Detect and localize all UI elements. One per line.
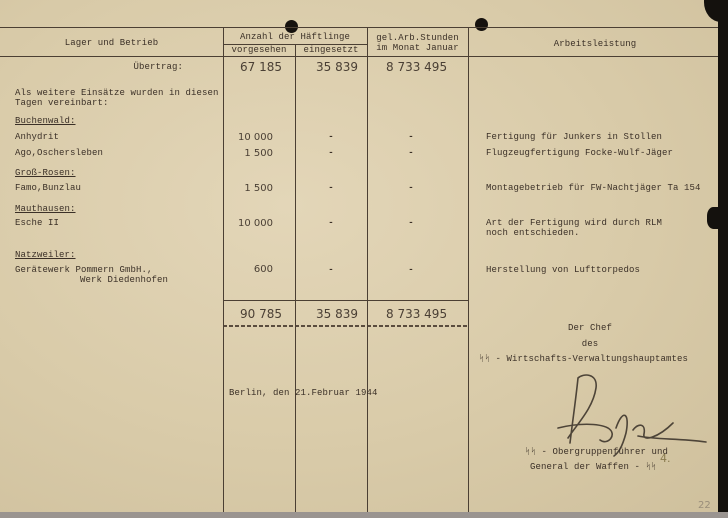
arbeitsleistung-text-cont: noch entschieden. [486,228,580,239]
stunden-value: - [367,132,455,143]
carryover-vorgesehen: 67 185 [240,61,282,73]
torn-notch [707,207,723,229]
eingesetzt-value: - [295,148,367,159]
header-stunden-line2: im Monat Januar [367,43,468,54]
totals-top-border [223,300,468,301]
page-number-mark: 22 [698,500,711,512]
arbeitsleistung-text: Montagebetrieb für FW-Nachtjäger Ta 154 [486,183,701,194]
eingesetzt-value: - [295,265,367,276]
eingesetzt-value: - [295,183,367,194]
table-top-border [0,27,722,28]
camp-heading: Natzweiler: [15,250,76,261]
col-divider-2 [295,44,296,512]
bottom-edge [0,512,728,518]
carryover-stunden: 8 733 495 [386,61,447,73]
vorgesehen-value: 1 500 [230,183,273,195]
camp-heading: Groß-Rosen: [15,168,76,179]
camp-heading: Mauthausen: [15,204,76,215]
header-lager-betrieb: Lager und Betrieb [0,38,223,49]
stunden-value: - [367,265,455,276]
vorgesehen-value: 600 [230,264,273,276]
intro-line-2: Tagen vereinbart: [15,98,109,109]
carryover-label: Übertrag: [0,62,183,73]
right-edge-shadow [718,0,728,518]
stunden-value: - [367,148,455,159]
punch-hole-right [475,18,488,31]
signature-rank-line2: General der Waffen - ᛋᛋ [530,462,657,473]
total-eingesetzt: 35 839 [316,308,358,320]
header-vorgesehen: vorgesehen [223,45,295,56]
arbeitsleistung-text: Flugzeugfertigung Focke-Wulf-Jäger [486,148,673,159]
total-stunden: 8 733 495 [386,308,447,320]
stunden-value: - [367,218,455,229]
handwritten-mark: 4. [660,453,671,465]
vorgesehen-value: 1 500 [230,148,273,160]
carryover-eingesetzt: 35 839 [316,61,358,73]
vorgesehen-value: 10 000 [230,218,273,230]
place-date: Berlin, den 21.Februar 1944 [229,388,378,399]
total-vorgesehen: 90 785 [240,308,282,320]
signature-title-line3: ᛋᛋ - Wirtschafts-Verwaltungshauptamtes [479,354,688,365]
betrieb-name: Anhydrit [15,132,59,143]
betrieb-name: Famo,Bunzlau [15,183,81,194]
totals-double-rule [223,325,468,327]
header-eingesetzt: eingesetzt [295,45,367,56]
signature-title-line2: des [470,339,710,350]
eingesetzt-value: - [295,218,367,229]
header-anzahl-haeftlinge: Anzahl der Häftlinge [223,32,367,43]
betrieb-name: Ago,Oschersleben [15,148,103,159]
vorgesehen-value: 10 000 [230,132,273,144]
camp-heading: Buchenwald: [15,116,76,127]
arbeitsleistung-text: Herstellung von Lufttorpedos [486,265,640,276]
betrieb-name: Esche II [15,218,59,229]
handwritten-signature [538,368,718,458]
stunden-value: - [367,183,455,194]
signature-rank-line1: ᛋᛋ - Obergruppenführer und [525,447,668,458]
signature-title-line1: Der Chef [470,323,710,334]
betrieb-name-cont: Werk Diedenhofen [80,275,168,286]
header-arbeitsleistung: Arbeitsleistung [468,39,722,50]
eingesetzt-value: - [295,132,367,143]
document-page: Lager und Betrieb Anzahl der Häftlinge v… [0,0,722,512]
col-divider-4 [468,27,469,512]
header-bottom-border [0,56,722,57]
col-divider-1 [223,27,224,512]
arbeitsleistung-text: Fertigung für Junkers in Stollen [486,132,662,143]
